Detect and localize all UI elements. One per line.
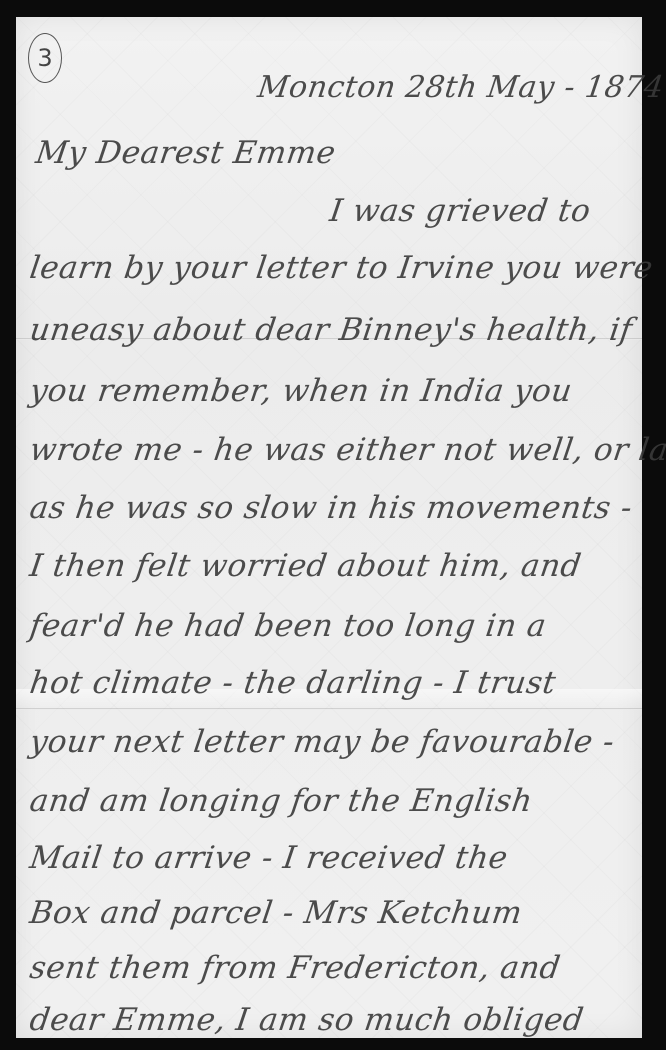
letter-line-15: dear Emme, I am so much obliged [27, 1002, 586, 1038]
dateline: Moncton 28th May - 1874 - [256, 70, 666, 105]
letter-line-13: Box and parcel - Mrs Ketchum [27, 895, 524, 931]
letter-line-2: learn by your letter to Irvine you were [27, 250, 655, 286]
letter-line-9: hot climate - the darling - I trust [27, 665, 558, 701]
letter-line-1: I was grieved to [327, 193, 593, 229]
letter-line-11: and am longing for the English [27, 783, 534, 819]
letter-line-8: fear'd he had been too long in a [27, 608, 548, 644]
letter-line-14: sent them from Fredericton, and [27, 950, 562, 986]
letter-line-5: wrote me - he was either not well, or la… [27, 432, 666, 468]
letter-line-10: your next letter may be favourable - [27, 724, 616, 760]
salutation: My Dearest Emme [33, 135, 338, 171]
letter-line-6: as he was so slow in his movements - [27, 490, 634, 526]
letter-line-3: uneasy about dear Binney's health, if [27, 312, 634, 348]
letter-line-12: Mail to arrive - I received the [27, 840, 510, 876]
letter-line-4: you remember, when in India you [27, 373, 574, 409]
page-number-circled: 3 [28, 33, 62, 83]
letter-line-7: I then felt worried about him, and [27, 548, 583, 584]
fold-line-lower [16, 708, 642, 710]
